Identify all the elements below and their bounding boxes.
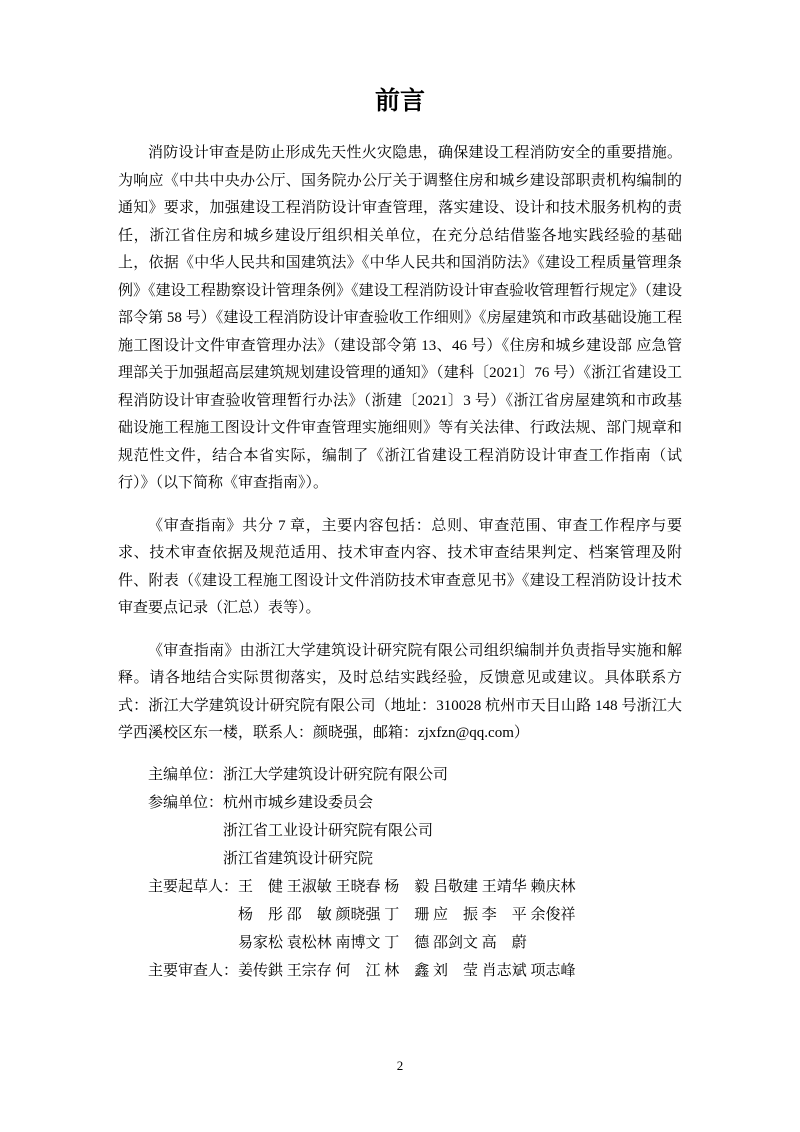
paragraph-contents-overview: 《审查指南》共分 7 章，主要内容包括：总则、审查范围、审查工作程序与要求、技术… — [118, 513, 682, 623]
paragraph-contact-info: 《审查指南》由浙江大学建筑设计研究院有限公司组织编制并负责指导实施和解释。请各地… — [118, 638, 682, 748]
drafters-label: 主要起草人： — [148, 873, 238, 901]
co-editors-label: 参编单位： — [148, 789, 223, 817]
co-editor-name: 浙江省工业设计研究院有限公司 — [223, 817, 682, 845]
document-page: 前言 消防设计审查是防止形成先天性火灾隐患，确保建设工程消防安全的重要措施。为响… — [0, 0, 800, 1132]
paragraph-intro: 消防设计审查是防止形成先天性火灾隐患，确保建设工程消防安全的重要措施。为响应《中… — [118, 140, 682, 498]
co-editor-name: 杭州市城乡建设委员会 — [223, 789, 682, 817]
body-text: 消防设计审查是防止形成先天性火灾隐患，确保建设工程消防安全的重要措施。为响应《中… — [118, 140, 682, 985]
chief-editor-label: 主编单位： — [148, 761, 223, 789]
credits-block: 主编单位： 浙江大学建筑设计研究院有限公司 参编单位： 杭州市城乡建设委员会 浙… — [118, 761, 682, 985]
reviewers-names-line: 姜传鉷 王宗存 何 江 林 鑫 刘 莹 肖志斌 项志峰 — [238, 957, 682, 985]
chief-editor-row: 主编单位： 浙江大学建筑设计研究院有限公司 — [118, 761, 682, 789]
drafters-values: 王 健 王淑敏 王晓春 杨 毅 吕敬建 王靖华 赖庆林 杨 彤 邵 敏 颜晓强 … — [238, 873, 682, 957]
co-editors-row: 参编单位： 杭州市城乡建设委员会 浙江省工业设计研究院有限公司 浙江省建筑设计研… — [118, 789, 682, 873]
chief-editor-values: 浙江大学建筑设计研究院有限公司 — [223, 761, 682, 789]
drafters-names-line: 王 健 王淑敏 王晓春 杨 毅 吕敬建 王靖华 赖庆林 — [238, 873, 682, 901]
drafters-row: 主要起草人： 王 健 王淑敏 王晓春 杨 毅 吕敬建 王靖华 赖庆林 杨 彤 邵… — [118, 873, 682, 957]
co-editor-name: 浙江省建筑设计研究院 — [223, 845, 682, 873]
chief-editor-name: 浙江大学建筑设计研究院有限公司 — [223, 761, 682, 789]
reviewers-row: 主要审查人： 姜传鉷 王宗存 何 江 林 鑫 刘 莹 肖志斌 项志峰 — [118, 957, 682, 985]
drafters-names-line: 易家松 袁松林 南博文 丁 德 邵剑文 高 蔚 — [238, 929, 682, 957]
page-content: 前言 消防设计审查是防止形成先天性火灾隐患，确保建设工程消防安全的重要措施。为响… — [0, 0, 800, 985]
reviewers-values: 姜传鉷 王宗存 何 江 林 鑫 刘 莹 肖志斌 项志峰 — [238, 957, 682, 985]
page-title: 前言 — [118, 0, 682, 118]
drafters-names-line: 杨 彤 邵 敏 颜晓强 丁 珊 应 振 李 平 余俊祥 — [238, 901, 682, 929]
page-number: 2 — [0, 1058, 800, 1074]
co-editors-values: 杭州市城乡建设委员会 浙江省工业设计研究院有限公司 浙江省建筑设计研究院 — [223, 789, 682, 873]
reviewers-label: 主要审查人： — [148, 957, 238, 985]
